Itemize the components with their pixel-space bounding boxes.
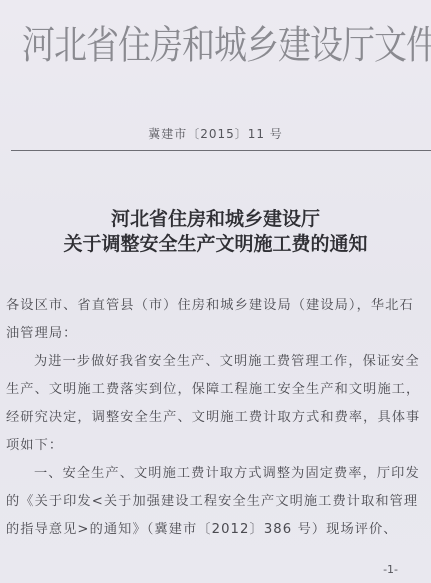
notice-body: 各设区市、省直管县（市）住房和城乡建设局（建设局），华北石油管理局： 为进一步做… — [6, 292, 426, 544]
paragraph-intro: 为进一步做好我省安全生产、文明施工费管理工作，保证安全生产、文明施工费落实到位，… — [6, 348, 426, 460]
document-number: 冀建市〔2015〕11 号 — [0, 125, 431, 142]
paragraph-item-1: 一、安全生产、文明施工费计取方式调整为固定费率，厅印发的《关于印发<关于加强建设… — [6, 460, 426, 544]
notice-title-line-2: 关于调整安全生产文明施工费的通知 — [0, 232, 431, 257]
document-page: 河北省住房和城乡建设厅文件 冀建市〔2015〕11 号 河北省住房和城乡建设厅 … — [0, 0, 431, 583]
header-divider — [11, 150, 431, 151]
letterhead-title: 河北省住房和城乡建设厅文件 — [22, 22, 422, 69]
notice-title-line-1: 河北省住房和城乡建设厅 — [0, 207, 431, 232]
notice-title: 河北省住房和城乡建设厅 关于调整安全生产文明施工费的通知 — [0, 207, 431, 257]
addressee: 各设区市、省直管县（市）住房和城乡建设局（建设局），华北石油管理局： — [6, 292, 426, 348]
page-number: -1- — [383, 563, 398, 576]
